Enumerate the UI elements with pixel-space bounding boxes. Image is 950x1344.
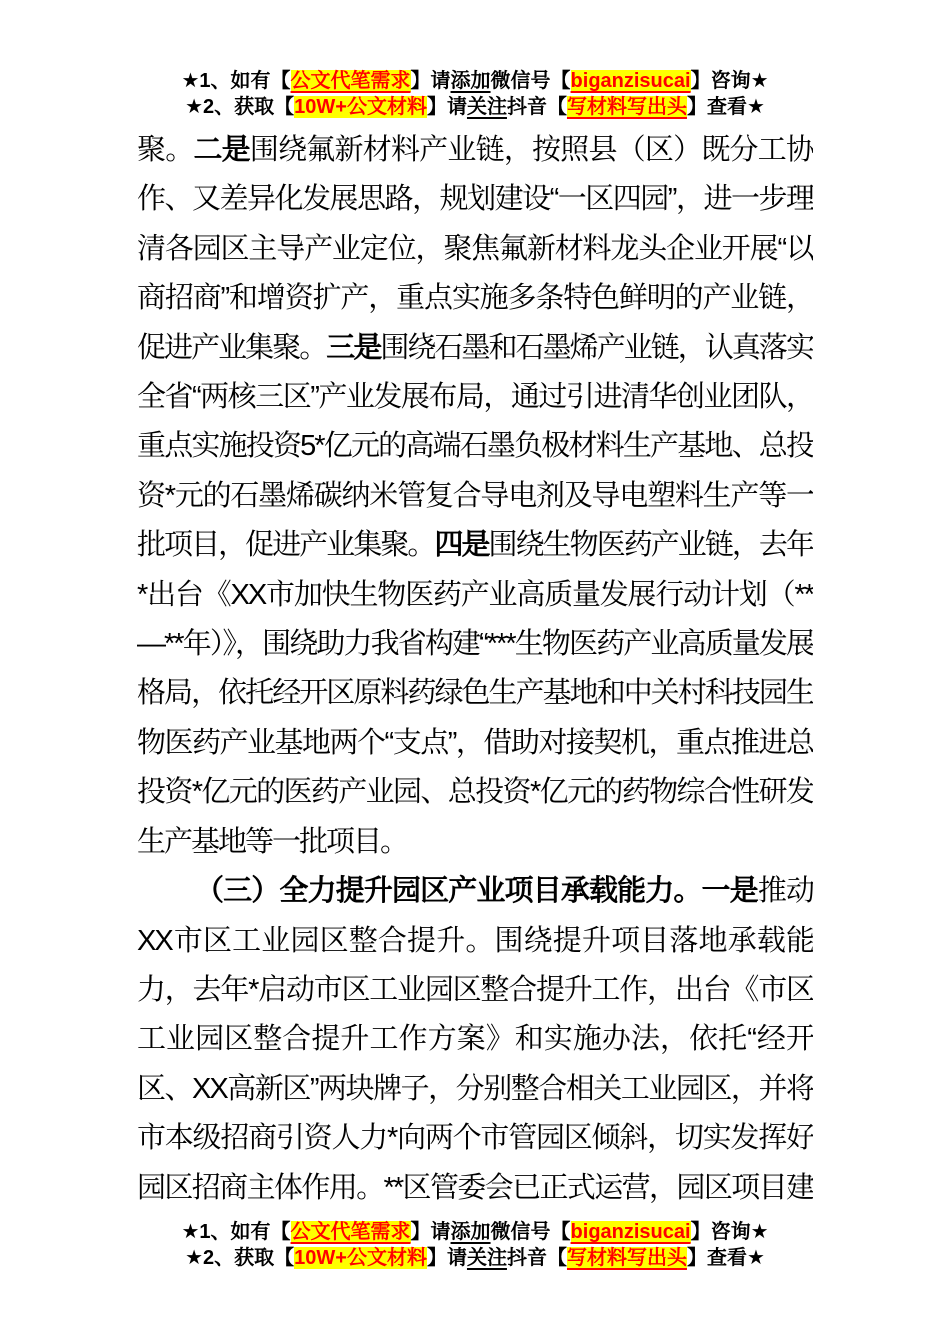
bold-lead-text: 二是 [193,134,249,166]
body-paragraph: （三）全力提升园区产业项目承载能力。一是推动XX市区工业园区整合提升。围绕提升项… [137,867,813,1218]
promo-text: 微信号【 [491,70,571,92]
highlighted-keyword: 公文代笔需求 [291,1221,411,1243]
promo-line-1: ★1、如有【公文代笔需求】请添加微信号【biganzisucai】咨询★ [0,1219,950,1245]
underlined-action-text: 添加 [451,1221,491,1243]
highlighted-keyword: 10W+公文材料 [294,1247,427,1269]
bold-lead-text: 三是 [326,332,380,364]
document-body: 聚。二是围绕氟新材料产业链，按照县（区）既分工协作、又差异化发展思路，规划建设“… [137,126,813,1218]
body-text: 推动XX市区工业园区整合提升。围绕提升项目落地承载能力，去年*启动市区工业园区整… [137,875,813,1218]
underlined-action-text: 添加 [451,70,491,92]
promo-text: 微信号【 [491,1221,571,1243]
promo-text: 】请 [427,1247,467,1269]
promo-line-2: ★2、获取【10W+公文材料】请关注抖音【写材料写出头】查看★ [0,1245,950,1271]
promo-text: 】查看★ [687,96,765,118]
highlighted-keyword: 公文代笔需求 [291,70,411,92]
promo-text: 】咨询★ [691,1221,769,1243]
promo-text: 】查看★ [687,1247,765,1269]
promo-line-2: ★2、获取【10W+公文材料】请关注抖音【写材料写出头】查看★ [0,94,950,120]
highlighted-keyword: 写材料写出头 [567,96,687,118]
highlighted-keyword: biganzisucai [571,70,691,92]
promo-text: ★2、获取【 [185,1247,294,1269]
promo-text: 】请 [411,70,451,92]
body-text: 围绕石墨和石墨烯产业链，认真落实全省“两核三区”产业发展布局，通过引进清华创业团… [137,332,813,562]
promo-text: ★2、获取【 [185,96,294,118]
promo-line-1: ★1、如有【公文代笔需求】请添加微信号【biganzisucai】咨询★ [0,68,950,94]
underlined-action-text: 关注 [467,1247,507,1269]
bold-lead-text: （三）全力提升园区产业项目承载能力。一是 [195,875,758,907]
promo-text: ★1、如有【 [181,1221,290,1243]
body-text: 聚。 [137,134,193,166]
highlighted-keyword: biganzisucai [571,1221,691,1243]
body-paragraph: 聚。二是围绕氟新材料产业链，按照县（区）既分工协作、又差异化发展思路，规划建设“… [137,126,813,867]
body-text: 围绕氟新材料产业链，按照县（区）既分工协作、又差异化发展思路，规划建设“一区四园… [137,134,813,364]
promo-text: 抖音【 [507,1247,567,1269]
body-text: 围绕生物医药产业链，去年*出台《XX市加快生物医药产业高质量发展行动计划（**—… [137,529,813,857]
promo-text: 抖音【 [507,96,567,118]
promo-text: 】咨询★ [691,70,769,92]
underlined-action-text: 关注 [467,96,507,118]
page-footer-promo: ★1、如有【公文代笔需求】请添加微信号【biganzisucai】咨询★★2、获… [0,1219,950,1271]
promo-text: 】请 [411,1221,451,1243]
bold-lead-text: 四是 [434,529,488,561]
document-page: ★1、如有【公文代笔需求】请添加微信号【biganzisucai】咨询★★2、获… [0,0,950,1344]
promo-text: ★1、如有【 [181,70,290,92]
page-header-promo: ★1、如有【公文代笔需求】请添加微信号【biganzisucai】咨询★★2、获… [0,0,950,120]
highlighted-keyword: 写材料写出头 [567,1247,687,1269]
highlighted-keyword: 10W+公文材料 [294,96,427,118]
promo-text: 】请 [427,96,467,118]
